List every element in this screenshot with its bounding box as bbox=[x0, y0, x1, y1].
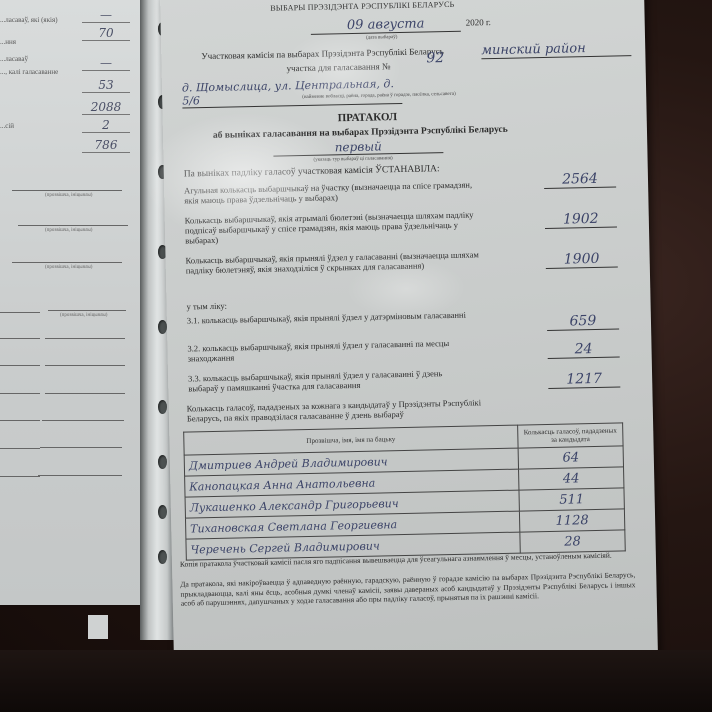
candidates-table: Прозвішча, імя, імя па бацьку Колькасць … bbox=[183, 422, 626, 560]
row-line bbox=[45, 338, 125, 339]
binder-hole bbox=[158, 550, 167, 564]
signature-caption: (прозвішча, ініцыялы) bbox=[45, 228, 92, 233]
stat-row-home-voting: 3.2. колькасць выбаршчыкаў, якія прынялі… bbox=[187, 334, 617, 343]
row-line bbox=[45, 365, 125, 366]
protocol-subtitle: аб выніках галасавання на выбарах Прэзід… bbox=[213, 125, 508, 141]
votes-heading: Колькасць галасоў, пададзеных за кожнага… bbox=[187, 397, 487, 423]
stat-label: Колькасць выбаршчыкаў, якія прынялі ўдзе… bbox=[185, 249, 485, 275]
row-line bbox=[0, 365, 40, 366]
left-row-value: 2088 bbox=[82, 100, 130, 115]
binder-hole bbox=[158, 400, 167, 414]
commission-title: Участковая камісія па выбарах Прэзідэнта… bbox=[201, 46, 444, 61]
stat-row-voters-participated: Колькасць выбаршчыкаў, якія прынялі ўдзе… bbox=[185, 247, 615, 256]
signature-caption: (прозвішча, ініцыялы) bbox=[45, 265, 92, 270]
stat-label: Агульная колькасць выбаршчыкаў на ўчастк… bbox=[184, 179, 484, 205]
dark-background-bottom bbox=[0, 650, 712, 712]
including-label: у тым ліку: bbox=[186, 301, 227, 312]
left-row-value: 786 bbox=[82, 138, 130, 153]
row-line bbox=[45, 393, 125, 394]
signature-line bbox=[12, 262, 122, 263]
signature-line bbox=[48, 310, 126, 311]
row-line bbox=[0, 393, 40, 394]
left-row-label: ..., калі галасаванне bbox=[0, 68, 58, 76]
election-year: 2020 г. bbox=[466, 17, 491, 28]
left-row-value: 2 bbox=[82, 118, 130, 133]
signature-caption: (прозвішча, ініцыялы) bbox=[60, 313, 107, 318]
round-caption: (указаць тур выбараў ці галасавання) bbox=[313, 156, 392, 163]
photo-scene: ...ласаваў, які (якія) — ...ння 70 ...ла… bbox=[0, 0, 712, 712]
form-header-top: ВЫБАРЫ ПРЭЗІДЭНТА РЭСПУБЛІКІ БЕЛАРУСЬ bbox=[270, 0, 454, 13]
row-line bbox=[0, 448, 40, 449]
stat-label: Колькасць выбаршчыкаў, якія атрымалі бюл… bbox=[185, 209, 486, 245]
row-line bbox=[38, 475, 122, 476]
stat-row-early-voting: 3.1. колькасць выбаршчыкаў, якія прынялі… bbox=[187, 307, 617, 316]
signature-caption: (прозвішча, ініцыялы) bbox=[45, 193, 92, 198]
commission-precinct-label: участка для галасавання № bbox=[286, 61, 390, 73]
candidate-votes: 28 bbox=[520, 530, 625, 553]
election-round: первый bbox=[273, 138, 443, 157]
stat-label: 3.2. колькасць выбаршчыкаў, якія прынялі… bbox=[187, 338, 467, 364]
left-row-value: — bbox=[82, 56, 130, 71]
candidate-votes: 44 bbox=[519, 467, 624, 490]
column-header-votes: Колькасць галасоў, пададзеных за кандыда… bbox=[518, 423, 623, 448]
left-row-value: 70 bbox=[82, 26, 130, 41]
paper-tab bbox=[88, 615, 108, 639]
left-row-label: ...ласаваў bbox=[0, 55, 28, 63]
left-page: ...ласаваў, які (якія) — ...ння 70 ...ла… bbox=[0, 0, 140, 605]
row-line bbox=[40, 447, 122, 448]
left-row-label: ...сій bbox=[0, 122, 14, 130]
protocol-page: ВЫБАРЫ ПРЭЗІДЭНТА РЭСПУБЛІКІ БЕЛАРУСЬ 09… bbox=[160, 0, 658, 684]
binder-hole bbox=[158, 455, 167, 469]
stat-label: 3.1. колькасць выбаршчыкаў, якія прынялі… bbox=[187, 310, 467, 326]
stat-row-election-day-voting: 3.3. колькасць выбаршчыкаў, якія прынялі… bbox=[188, 364, 618, 373]
election-date: 09 августа bbox=[311, 16, 461, 35]
stat-value: 659 bbox=[547, 312, 619, 331]
left-row-label: ...ння bbox=[0, 38, 16, 46]
established-heading: Па выніках падліку галасоў участковая ка… bbox=[184, 164, 440, 179]
row-line bbox=[0, 338, 40, 339]
stat-label: 3.3. колькасць выбаршчыкаў, якія прынялі… bbox=[188, 368, 468, 394]
stat-value: 24 bbox=[547, 340, 619, 359]
stat-row-ballots-issued: Колькасць выбаршчыкаў, якія атрымалі бюл… bbox=[185, 207, 615, 216]
row-line bbox=[0, 476, 40, 477]
row-line bbox=[42, 420, 124, 421]
binder-hole bbox=[158, 505, 167, 519]
signature-line bbox=[12, 190, 122, 191]
precinct-number: 92 bbox=[426, 50, 444, 66]
stat-value: 1217 bbox=[548, 370, 620, 389]
date-caption: (дата выбараў) bbox=[366, 35, 397, 41]
candidate-votes: 1128 bbox=[519, 509, 624, 532]
address-district: минский район bbox=[481, 40, 631, 59]
left-row-label: ...ласаваў, які (якія) bbox=[0, 16, 58, 24]
binder-hole bbox=[158, 320, 167, 334]
stat-value: 2564 bbox=[544, 170, 616, 189]
footer-note-attachments: Да пратакола, які накіроўваецца ў адпаве… bbox=[180, 570, 635, 608]
stat-value: 1902 bbox=[545, 210, 617, 229]
stat-value: 1900 bbox=[545, 250, 617, 269]
protocol-title: ПРАТАКОЛ bbox=[338, 111, 398, 124]
left-row-value: 53 bbox=[82, 78, 130, 93]
signature-line bbox=[0, 312, 40, 313]
row-line bbox=[0, 420, 40, 421]
candidate-votes: 511 bbox=[519, 488, 624, 511]
signature-line bbox=[18, 225, 128, 226]
left-row-value: — bbox=[82, 8, 130, 23]
candidate-votes: 64 bbox=[518, 446, 623, 469]
